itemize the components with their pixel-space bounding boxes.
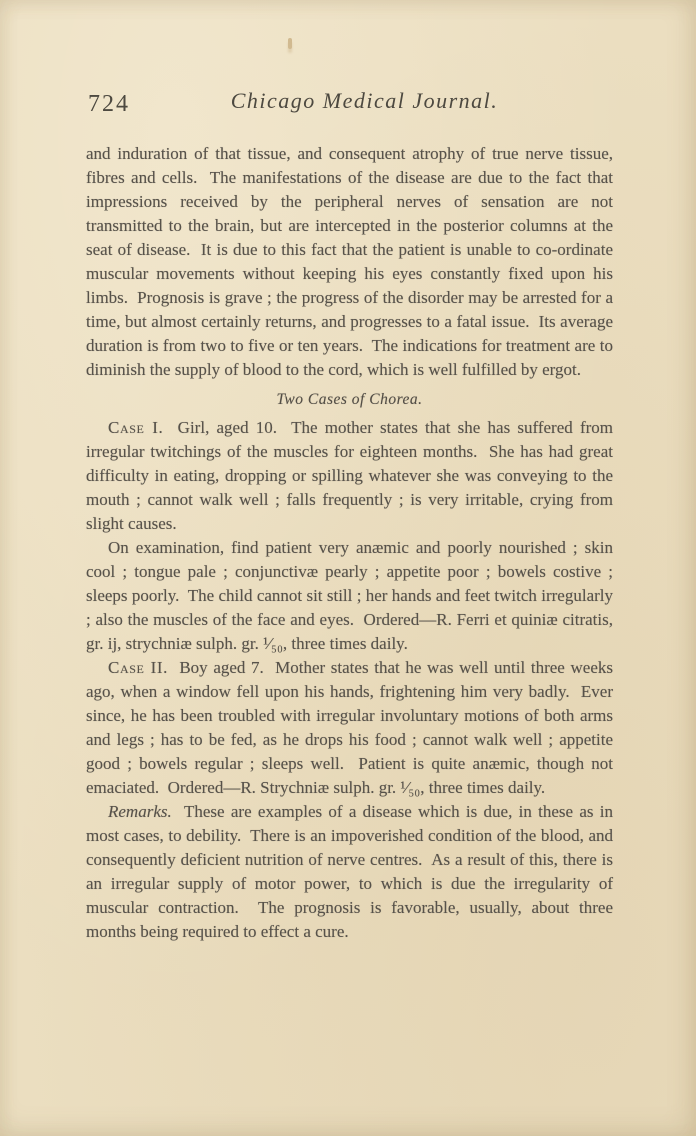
- article-body: and induration of that tissue, and conse…: [86, 142, 613, 944]
- case2-label: Case II.: [108, 658, 168, 677]
- section-heading-chorea: Two Cases of Chorea.: [86, 391, 613, 409]
- paragraph-case2: Case II. Boy aged 7. Mother states that …: [86, 656, 613, 800]
- paragraph-continuation-myelitis: and induration of that tissue, and conse…: [86, 142, 613, 382]
- paragraph-case1-examination: On examination, find patient very anæmic…: [86, 536, 613, 656]
- remarks-label: Remarks.: [108, 802, 172, 821]
- ink-smudge: [288, 38, 292, 49]
- text-column: 724 Chicago Medical Journal. and indurat…: [86, 88, 613, 944]
- journal-title: Chicago Medical Journal.: [86, 88, 613, 114]
- journal-page-scan: 724 Chicago Medical Journal. and indurat…: [0, 0, 696, 1136]
- paragraph-case1: Case I. Girl, aged 10. The mother states…: [86, 416, 613, 536]
- page-number: 724: [88, 91, 130, 118]
- page-header: 724 Chicago Medical Journal.: [86, 88, 613, 124]
- case1-label: Case I.: [108, 418, 163, 437]
- case1-text: Girl, aged 10. The mother states that sh…: [86, 418, 617, 533]
- remarks-text: These are examples of a disease which is…: [86, 802, 617, 941]
- case2-text: Boy aged 7. Mother states that he was we…: [86, 658, 617, 797]
- paragraph-remarks: Remarks. These are examples of a disease…: [86, 800, 613, 944]
